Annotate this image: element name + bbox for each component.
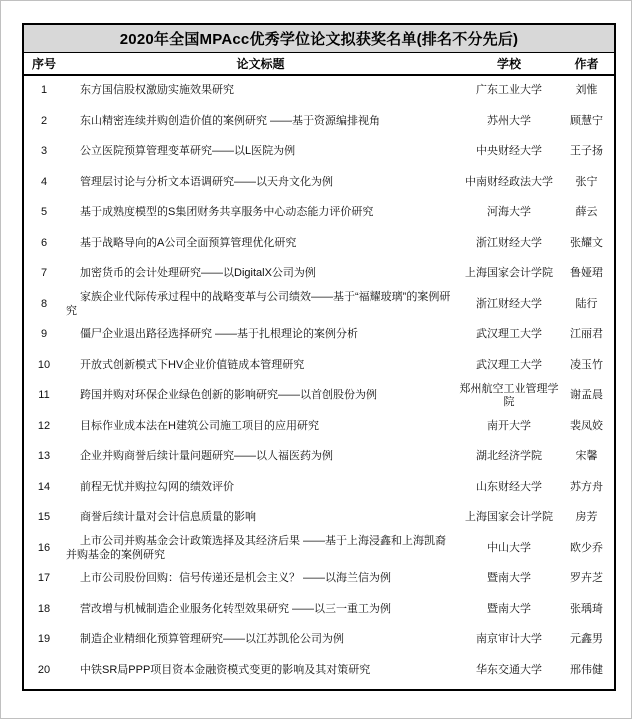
award-table: 2020年全国MPAcc优秀学位论文拟获奖名单(排名不分先后) 序号 论文标题 … (22, 23, 616, 691)
cell-title: 东山精密连续并购创造价值的案例研究 ——基于资源编排视角 (64, 115, 459, 129)
cell-school: 浙江财经大学 (459, 298, 559, 312)
cell-index: 2 (24, 115, 64, 129)
cell-index: 7 (24, 267, 64, 281)
table-row: 17上市公司股份回购：信号传递还是机会主义？ ——以海兰信为例暨南大学罗卉芝 (24, 564, 614, 595)
cell-school: 浙江财经大学 (459, 237, 559, 251)
table-row: 16上市公司并购基金会计政策选择及其经济后果 ——基于上海浸鑫和上海凯裔并购基金… (24, 534, 614, 565)
cell-index: 17 (24, 572, 64, 586)
cell-school: 华东交通大学 (459, 664, 559, 678)
cell-title: 管理层讨论与分析文本语调研究——以天舟文化为例 (64, 176, 459, 190)
cell-title: 家族企业代际传承过程中的战略变革与公司绩效——基于“福耀玻璃”的案例研究 (64, 291, 459, 319)
cell-title: 目标作业成本法在H建筑公司施工项目的应用研究 (64, 420, 459, 434)
cell-school: 暨南大学 (459, 572, 559, 586)
cell-index: 12 (24, 420, 64, 434)
table-row: 13企业并购商誉后续计量问题研究——以人福医药为例湖北经济学院宋馨 (24, 442, 614, 473)
cell-school: 暨南大学 (459, 603, 559, 617)
table-row: 12目标作业成本法在H建筑公司施工项目的应用研究南开大学裴凤姣 (24, 412, 614, 443)
cell-title: 基于成熟度模型的S集团财务共享服务中心动态能力评价研究 (64, 206, 459, 220)
table-row: 8家族企业代际传承过程中的战略变革与公司绩效——基于“福耀玻璃”的案例研究浙江财… (24, 290, 614, 321)
table-row: 3公立医院预算管理变革研究——以L医院为例中央财经大学王子扬 (24, 137, 614, 168)
cell-author: 谢孟晨 (559, 389, 614, 403)
table-title-band: 2020年全国MPAcc优秀学位论文拟获奖名单(排名不分先后) (24, 25, 614, 53)
cell-index: 6 (24, 237, 64, 251)
cell-author: 房芳 (559, 511, 614, 525)
cell-school: 上海国家会计学院 (459, 267, 559, 281)
cell-index: 18 (24, 603, 64, 617)
cell-author: 罗卉芝 (559, 572, 614, 586)
table-row: 4管理层讨论与分析文本语调研究——以天舟文化为例中南财经政法大学张宁 (24, 168, 614, 199)
cell-school: 郑州航空工业管理学院 (459, 383, 559, 411)
cell-author: 江丽君 (559, 328, 614, 342)
cell-title: 营改增与机械制造企业服务化转型效果研究 ——以三一重工为例 (64, 603, 459, 617)
table-row: 20中铁SR局PPP项目资本金融资模式变更的影响及其对策研究华东交通大学邢伟健 (24, 656, 614, 687)
cell-title: 基于战略导向的A公司全面预算管理优化研究 (64, 237, 459, 251)
cell-title: 制造企业精细化预算管理研究——以江苏凯伦公司为例 (64, 633, 459, 647)
cell-school: 武汉理工大学 (459, 359, 559, 373)
header-author: 作者 (559, 55, 614, 72)
cell-title: 加密货币的会计处理研究——以DigitalX公司为例 (64, 267, 459, 281)
cell-author: 顾慧宁 (559, 115, 614, 129)
table-row: 9僵尸企业退出路径选择研究 ——基于扎根理论的案例分析武汉理工大学江丽君 (24, 320, 614, 351)
cell-author: 欧少乔 (559, 542, 614, 556)
cell-index: 8 (24, 298, 64, 312)
table-body: 1东方国信股权激励实施效果研究广东工业大学刘惟2东山精密连续并购创造价值的案例研… (24, 76, 614, 686)
table-row: 11跨国并购对环保企业绿色创新的影响研究——以首创股份为例郑州航空工业管理学院谢… (24, 381, 614, 412)
table-row: 7加密货币的会计处理研究——以DigitalX公司为例上海国家会计学院鲁娅珺 (24, 259, 614, 290)
header-index: 序号 (24, 55, 64, 72)
cell-index: 10 (24, 359, 64, 373)
cell-index: 11 (24, 389, 64, 403)
table-row: 15商誉后续计量对会计信息质量的影响上海国家会计学院房芳 (24, 503, 614, 534)
cell-author: 宋馨 (559, 450, 614, 464)
cell-author: 薛云 (559, 206, 614, 220)
cell-title: 开放式创新模式下HV企业价值链成本管理研究 (64, 359, 459, 373)
cell-index: 14 (24, 481, 64, 495)
cell-index: 9 (24, 328, 64, 342)
cell-school: 中山大学 (459, 542, 559, 556)
cell-title: 企业并购商誉后续计量问题研究——以人福医药为例 (64, 450, 459, 464)
cell-school: 南京审计大学 (459, 633, 559, 647)
cell-author: 张瑀琦 (559, 603, 614, 617)
cell-author: 鲁娅珺 (559, 267, 614, 281)
cell-index: 13 (24, 450, 64, 464)
cell-author: 张耀文 (559, 237, 614, 251)
cell-school: 武汉理工大学 (459, 328, 559, 342)
cell-index: 20 (24, 664, 64, 678)
cell-school: 广东工业大学 (459, 84, 559, 98)
cell-index: 3 (24, 145, 64, 159)
cell-school: 河海大学 (459, 206, 559, 220)
page-title: 2020年全国MPAcc优秀学位论文拟获奖名单(排名不分先后) (120, 28, 518, 49)
cell-title: 前程无忧并购拉勾网的绩效评价 (64, 481, 459, 495)
table-row: 14前程无忧并购拉勾网的绩效评价山东财经大学苏方舟 (24, 473, 614, 504)
cell-title: 东方国信股权激励实施效果研究 (64, 84, 459, 98)
cell-school: 南开大学 (459, 420, 559, 434)
cell-author: 裴凤姣 (559, 420, 614, 434)
cell-author: 王子扬 (559, 145, 614, 159)
cell-title: 僵尸企业退出路径选择研究 ——基于扎根理论的案例分析 (64, 328, 459, 342)
table-row: 10开放式创新模式下HV企业价值链成本管理研究武汉理工大学凌玉竹 (24, 351, 614, 382)
cell-title: 公立医院预算管理变革研究——以L医院为例 (64, 145, 459, 159)
cell-author: 邢伟健 (559, 664, 614, 678)
cell-author: 张宁 (559, 176, 614, 190)
table-row: 5基于成熟度模型的S集团财务共享服务中心动态能力评价研究河海大学薛云 (24, 198, 614, 229)
header-title: 论文标题 (64, 55, 459, 72)
cell-index: 19 (24, 633, 64, 647)
cell-title: 上市公司股份回购：信号传递还是机会主义？ ——以海兰信为例 (64, 572, 459, 586)
cell-school: 山东财经大学 (459, 481, 559, 495)
cell-author: 凌玉竹 (559, 359, 614, 373)
cell-school: 中央财经大学 (459, 145, 559, 159)
cell-author: 苏方舟 (559, 481, 614, 495)
cell-author: 刘惟 (559, 84, 614, 98)
table-row: 18营改增与机械制造企业服务化转型效果研究 ——以三一重工为例暨南大学张瑀琦 (24, 595, 614, 626)
cell-index: 4 (24, 176, 64, 190)
cell-index: 5 (24, 206, 64, 220)
table-row: 6基于战略导向的A公司全面预算管理优化研究浙江财经大学张耀文 (24, 229, 614, 260)
table-row: 2东山精密连续并购创造价值的案例研究 ——基于资源编排视角苏州大学顾慧宁 (24, 107, 614, 138)
cell-title: 商誉后续计量对会计信息质量的影响 (64, 511, 459, 525)
cell-index: 15 (24, 511, 64, 525)
cell-title: 跨国并购对环保企业绿色创新的影响研究——以首创股份为例 (64, 389, 459, 403)
cell-title: 上市公司并购基金会计政策选择及其经济后果 ——基于上海浸鑫和上海凯裔并购基金的案… (64, 535, 459, 563)
cell-school: 上海国家会计学院 (459, 511, 559, 525)
cell-index: 16 (24, 542, 64, 556)
cell-index: 1 (24, 84, 64, 98)
cell-school: 苏州大学 (459, 115, 559, 129)
cell-author: 元鑫男 (559, 633, 614, 647)
table-row: 19制造企业精细化预算管理研究——以江苏凯伦公司为例南京审计大学元鑫男 (24, 625, 614, 656)
table-header-row: 序号 论文标题 学校 作者 (24, 53, 614, 76)
cell-title: 中铁SR局PPP项目资本金融资模式变更的影响及其对策研究 (64, 664, 459, 678)
header-school: 学校 (459, 55, 559, 72)
cell-author: 陆行 (559, 298, 614, 312)
table-row: 1东方国信股权激励实施效果研究广东工业大学刘惟 (24, 76, 614, 107)
cell-school: 湖北经济学院 (459, 450, 559, 464)
cell-school: 中南财经政法大学 (459, 176, 559, 190)
document-page: 2020年全国MPAcc优秀学位论文拟获奖名单(排名不分先后) 序号 论文标题 … (0, 0, 632, 719)
